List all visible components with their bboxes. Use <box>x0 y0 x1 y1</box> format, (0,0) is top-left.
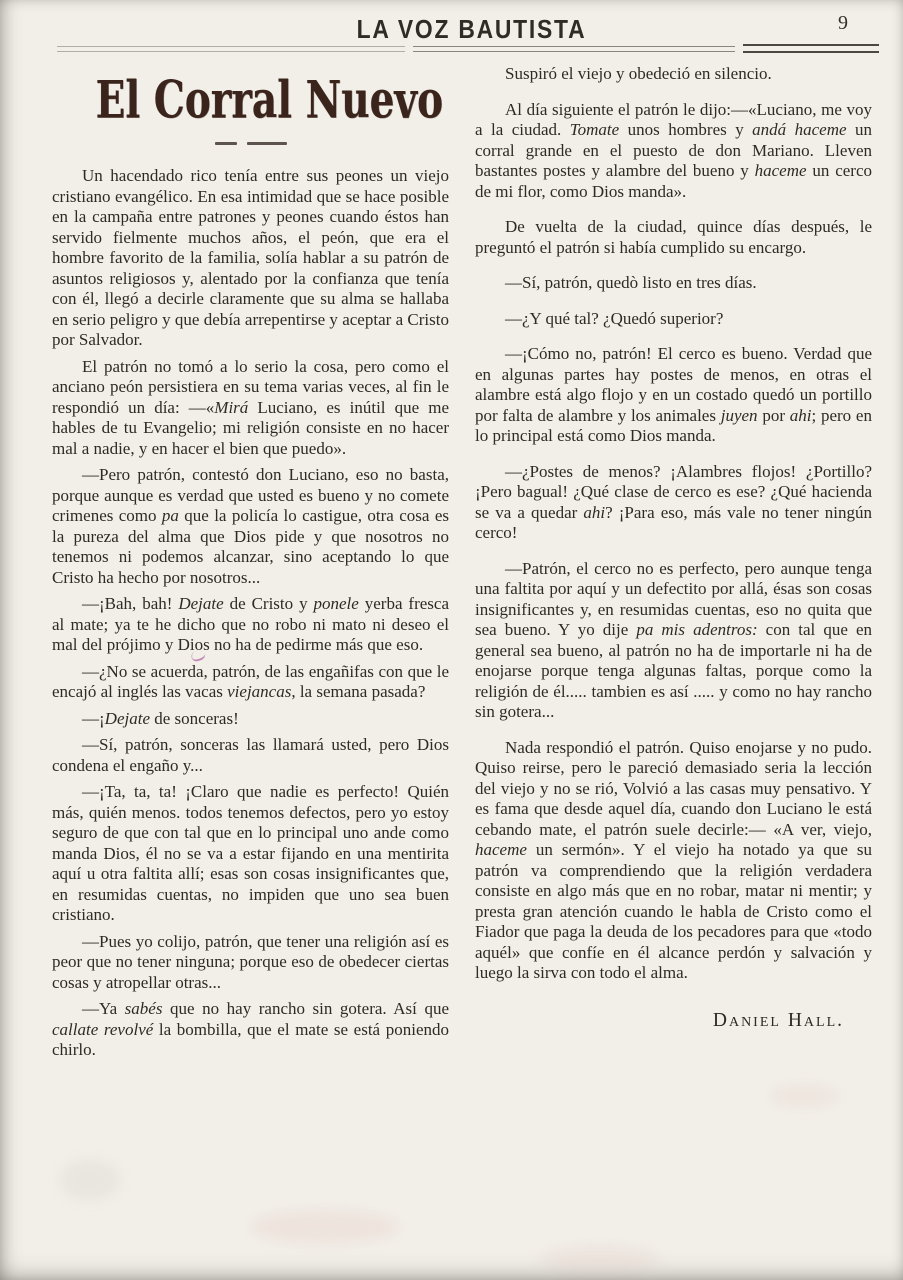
article-body-left: Un hacendado rico tenía entre sus peones… <box>52 166 449 1061</box>
text-segment: Nada respondió el patrón. Quiso enojarse… <box>475 738 872 839</box>
text-segment: —Pues yo colijo, patrón, que tener una r… <box>52 932 449 992</box>
article-columns: El Corral Nuevo Un hacendado rico tenía … <box>52 58 872 1067</box>
page-number: 9 <box>838 12 848 35</box>
italic-text-segment: haceme <box>755 161 807 180</box>
paragraph: Nada respondió el patrón. Quiso enojarse… <box>475 738 872 984</box>
paragraph: —¡Bah, bah! Dejate de Cristo y ponele ye… <box>52 594 449 656</box>
text-segment: por <box>758 406 790 425</box>
italic-text-segment: juyen <box>721 406 758 425</box>
text-segment: De vuelta de la ciudad, quince días desp… <box>475 217 872 257</box>
text-segment: , la semana pasada? <box>291 682 425 701</box>
text-segment: —¡ <box>82 709 105 728</box>
italic-text-segment: Tomate <box>570 120 619 139</box>
left-column: El Corral Nuevo Un hacendado rico tenía … <box>52 58 449 1067</box>
article-byline: Daniel Hall. <box>475 1010 872 1032</box>
paragraph: El patrón no tomó a lo serio la cosa, pe… <box>52 357 449 460</box>
italic-text-segment: ahi <box>583 503 605 522</box>
masthead-title: LA VOZ BAUTISTA <box>92 14 851 45</box>
italic-text-segment: haceme <box>475 840 527 859</box>
paper-smudge <box>60 1160 120 1200</box>
paragraph: De vuelta de la ciudad, quince días desp… <box>475 217 872 258</box>
italic-text-segment: pa <box>162 506 179 525</box>
paragraph: Un hacendado rico tenía entre sus peones… <box>52 166 449 351</box>
text-segment: —¿Y qué tal? ¿Quedó superior? <box>505 309 723 328</box>
paper-smudge <box>540 1245 660 1271</box>
header-rule-segment-middle <box>413 46 735 52</box>
text-segment: de Cristo y <box>224 594 314 613</box>
italic-text-segment: andá haceme <box>752 120 846 139</box>
paragraph: —¡Dejate de sonceras! <box>52 709 449 730</box>
italic-text-segment: Mirá <box>214 398 248 417</box>
text-segment: —Sí, patrón, quedò listo en tres días. <box>505 273 757 292</box>
paragraph: —¿No se acuerda, patrón, de las engañifa… <box>52 662 449 703</box>
paragraph: —¿Postes de menos? ¡Alambres flojos! ¿Po… <box>475 462 872 544</box>
text-segment: —¡Bah, bah! <box>82 594 178 613</box>
paragraph: Suspiró el viejo y obedeció en silencio. <box>475 64 872 85</box>
divider-dash <box>215 142 237 145</box>
paper-smudge <box>770 1085 840 1107</box>
divider-dash <box>247 142 287 145</box>
italic-text-segment: Dejate <box>178 594 223 613</box>
title-divider <box>52 134 449 150</box>
italic-text-segment: viejancas <box>227 682 291 701</box>
header-rule-segment-right <box>743 44 879 53</box>
text-segment: que no hay rancho sin gotera. Así que <box>162 999 449 1018</box>
paragraph: —Sí, patrón, sonceras las llamará usted,… <box>52 735 449 776</box>
italic-text-segment: sabés <box>125 999 163 1018</box>
italic-text-segment: Dejate <box>105 709 150 728</box>
text-segment: un sermón». Y el viejo ha notado ya que … <box>475 840 872 982</box>
text-segment: —Sí, patrón, sonceras las llamará usted,… <box>52 735 449 775</box>
right-column: Suspiró el viejo y obedeció en silencio.… <box>475 58 872 1067</box>
text-segment: de sonceras! <box>150 709 239 728</box>
text-segment: Un hacendado rico tenía entre sus peones… <box>52 166 449 349</box>
text-segment: —¡Ta, ta, ta! ¡Claro que nadie es perfec… <box>52 782 449 924</box>
paragraph: —Pero patrón, contestó don Luciano, eso … <box>52 465 449 588</box>
article-title: El Corral Nuevo <box>96 71 406 129</box>
italic-text-segment: ahi <box>790 406 812 425</box>
header-rule <box>57 44 879 53</box>
paragraph: —Ya sabés que no hay rancho sin gotera. … <box>52 999 449 1061</box>
paper-smudge <box>250 1210 400 1244</box>
italic-text-segment: pa mis adentros: <box>636 620 757 639</box>
article-body-right: Suspiró el viejo y obedeció en silencio.… <box>475 64 872 984</box>
text-segment: unos hombres y <box>619 120 752 139</box>
paragraph: —¡Ta, ta, ta! ¡Claro que nadie es perfec… <box>52 782 449 926</box>
text-segment: —Ya <box>82 999 125 1018</box>
paragraph: —¿Y qué tal? ¿Quedó superior? <box>475 309 872 330</box>
italic-text-segment: callate revolvé <box>52 1020 153 1039</box>
paragraph: Al día siguiente el patrón le dijo:—«Luc… <box>475 100 872 203</box>
italic-text-segment: ponele <box>314 594 359 613</box>
paragraph: —Sí, patrón, quedò listo en tres días. <box>475 273 872 294</box>
paragraph: —Pues yo colijo, patrón, que tener una r… <box>52 932 449 994</box>
header-rule-segment-left <box>57 46 405 52</box>
text-segment: Suspiró el viejo y obedeció en silencio. <box>505 64 772 83</box>
paragraph: —¡Cómo no, patrón! El cerco es bueno. Ve… <box>475 344 872 447</box>
magazine-page: LA VOZ BAUTISTA 9 El Corral Nuevo Un hac… <box>0 0 903 1280</box>
paragraph: —Patrón, el cerco no es perfecto, pero a… <box>475 559 872 723</box>
